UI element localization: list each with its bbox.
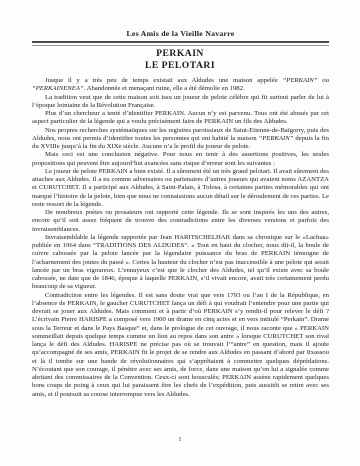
paragraph-text: Contradiction entre les légendes. Il est… xyxy=(32,292,329,398)
paragraph-text: Le joueur de pelote PERKAIN a bien exist… xyxy=(32,168,329,208)
page-header: Les Amis de la Vieille Navarre xyxy=(32,29,329,38)
paragraph-text: Mais ceci est une conclusion négative. P… xyxy=(32,151,329,166)
article-title-line1: PERKAIN xyxy=(0,48,360,59)
paragraph-italic-text: “PERKAINENEA” xyxy=(32,85,84,92)
paragraph: Nos propres recherches systématiques sur… xyxy=(32,127,329,152)
paragraph: Contradiction entre les légendes. Il est… xyxy=(32,292,329,399)
header-rule xyxy=(32,41,329,46)
document-page: Les Amis de la Vieille Navarre PERKAIN L… xyxy=(0,0,360,466)
paragraph: Invraisemblable la légende rapportée par… xyxy=(32,234,329,292)
paragraph-text: ou xyxy=(317,77,329,84)
paragraph-text: Invraisemblable la légende rapportée par… xyxy=(32,234,329,291)
paragraph: De nombreux poètes ou prosateurs ont rap… xyxy=(32,209,329,234)
page-number: 1 xyxy=(0,436,360,443)
paragraph: Le joueur de pelote PERKAIN a bien exist… xyxy=(32,168,329,209)
paragraph-italic-text: “PERKAIN” xyxy=(283,77,318,84)
paragraph-text: De nombreux poètes ou prosateurs ont rap… xyxy=(32,209,329,233)
paragraph: Plus d’un chercheur a tenté d’identifier… xyxy=(32,110,329,127)
paragraph-text: Jusque il y a très peu de temps existait… xyxy=(45,77,283,84)
article-title-line2: LE PELOTARI xyxy=(0,60,360,71)
header-title: Les Amis de la Vieille Navarre xyxy=(126,29,234,38)
paragraph: Mais ceci est une conclusion négative. P… xyxy=(32,151,329,168)
paragraph-text: La tradition veut que de cette maison so… xyxy=(32,94,329,109)
paragraph: Jusque il y a très peu de temps existait… xyxy=(32,77,329,94)
paragraph: La tradition veut que de cette maison so… xyxy=(32,94,329,111)
paragraph-text: Plus d’un chercheur a tenté d’identifier… xyxy=(32,110,329,125)
article-body: Jusque il y a très peu de temps existait… xyxy=(32,77,329,399)
paragraph-italic-text: “PERKAIN” xyxy=(258,135,293,142)
paragraph-text: . Abandonnée et menaçant ruine, elle a é… xyxy=(84,85,245,92)
